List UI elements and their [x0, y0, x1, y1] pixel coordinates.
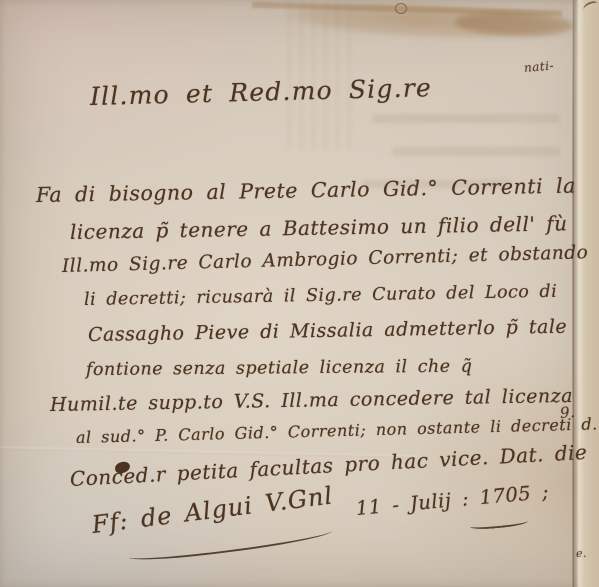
date-line: 11 - Julij : 1705 ; [355, 482, 550, 518]
marginal-mark-e: e. [576, 548, 587, 559]
body-line-2: licenza p̃ tenere a Battesimo un filio d… [70, 213, 568, 242]
ink-bleed-through [372, 114, 560, 123]
body-line-6: fontione senza spetiale licenza il che q… [86, 359, 473, 380]
body-line-3: Ill.mo Sig.re Carlo Ambrogio Correnti; e… [62, 244, 589, 276]
body-line-4: li decretti; ricusarà il Sig.re Curato d… [84, 284, 558, 310]
marginal-fragment-nati: nati- [523, 59, 554, 74]
ink-bleed-through [392, 147, 560, 156]
salutation-line: Ill.mo et Red.mo Sig.re [90, 75, 433, 109]
manuscript-letter-photo: Ill.mo et Red.mo Sig.re Fa di bisogno al… [0, 0, 599, 587]
body-line-1: Fa di bisogno al Prete Carlo Gid.° Corre… [36, 176, 576, 206]
body-line-7: Humil.te supp.to V.S. Ill.ma concedere t… [50, 387, 573, 415]
page-fold-strip [573, 0, 599, 587]
page-fold-line [572, 0, 574, 587]
marginal-mark-9: 9. [559, 405, 575, 421]
small-ring-mark [395, 3, 407, 14]
body-line-8: al sud.° P. Carlo Gid.° Correnti; non os… [76, 416, 598, 446]
date-underline [470, 517, 528, 530]
body-line-5: Cassagho Pieve di Missalia admetterlo p̃… [88, 318, 568, 345]
